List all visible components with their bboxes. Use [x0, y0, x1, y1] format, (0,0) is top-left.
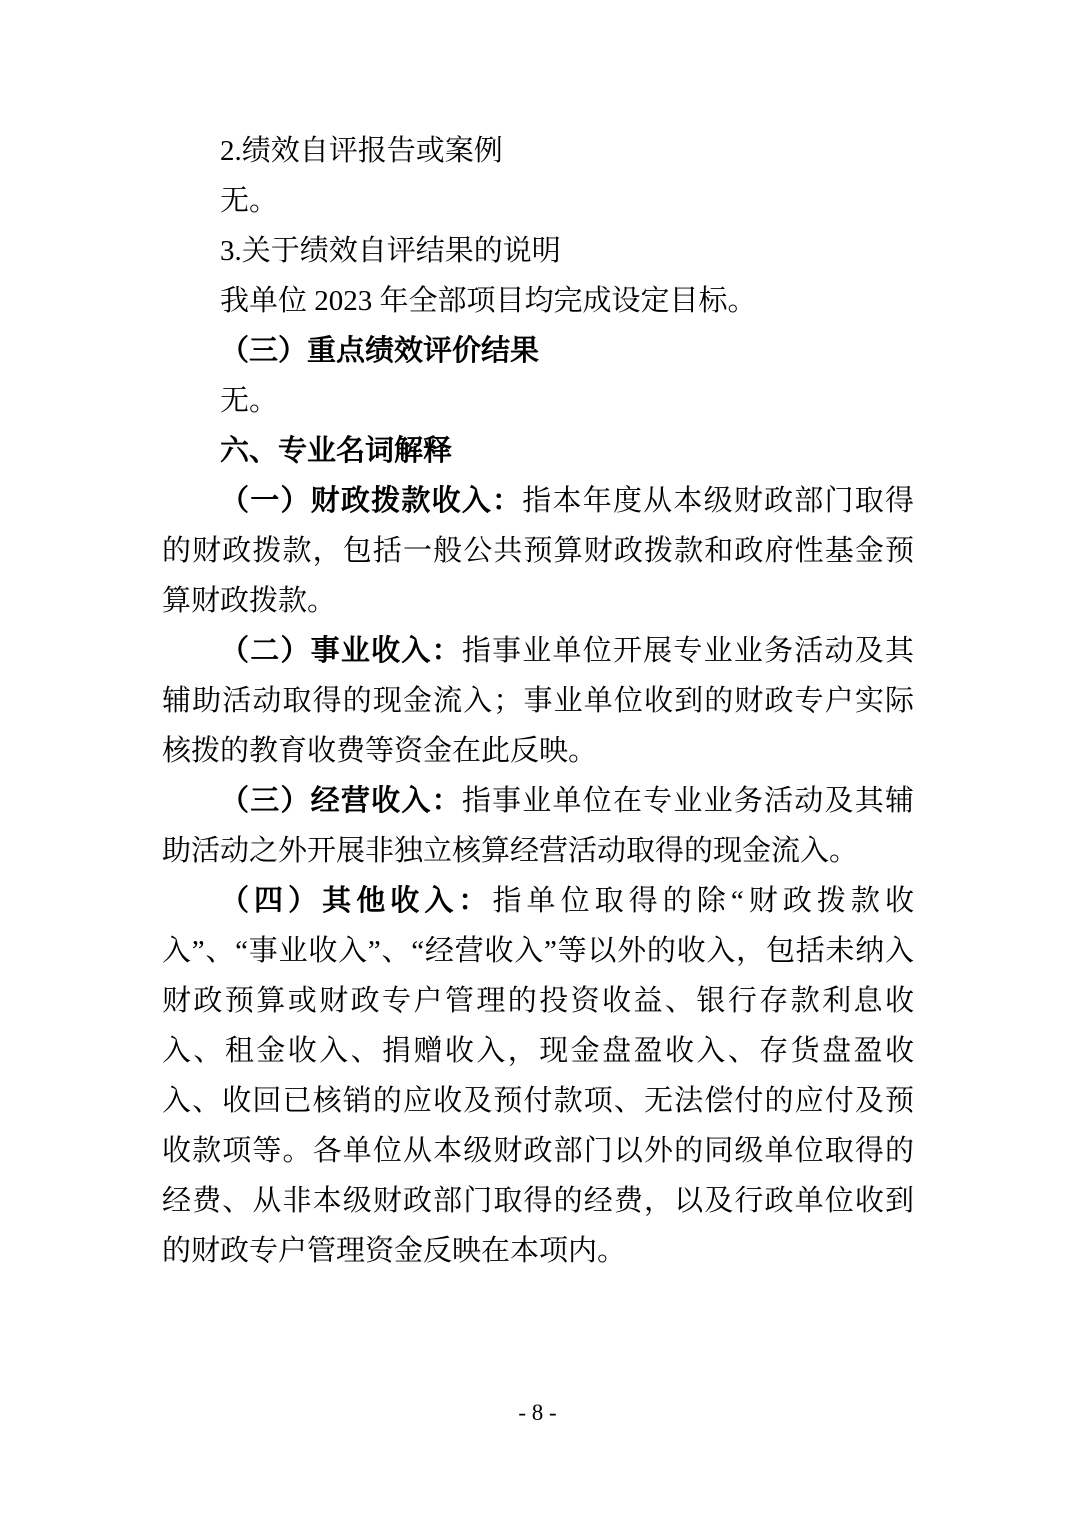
item2-heading: 2.绩效自评报告或案例 — [162, 126, 914, 176]
term-label: （二）事业收入： — [220, 635, 462, 667]
term-label: （三）经营收入： — [220, 785, 462, 817]
page-footer: - 8 - — [0, 1398, 1075, 1428]
subsection-content-key-performance-evaluation: 无。 — [162, 376, 914, 426]
item2-content: 无。 — [162, 176, 914, 226]
term-definition-other-income: （四）其他收入：指单位取得的除“财政拨款收入”、“事业收入”、“经营收入”等以外… — [162, 876, 914, 1276]
term-text: 指单位取得的除“财政拨款收入”、“事业收入”、“经营收入”等以外的收入，包括未纳… — [162, 885, 914, 1267]
section-heading-terms-glossary: 六、专业名词解释 — [162, 426, 914, 476]
term-definition-fiscal-appropriation-income: （一）财政拨款收入：指本年度从本级财政部门取得的财政拨款，包括一般公共预算财政拨… — [162, 476, 914, 626]
term-label: （四）其他收入： — [220, 885, 492, 917]
item3-heading: 3.关于绩效自评结果的说明 — [162, 226, 914, 276]
page-number: - 8 - — [518, 1400, 556, 1425]
item3-content: 我单位 2023 年全部项目均完成设定目标。 — [162, 276, 914, 326]
subsection-heading-key-performance-evaluation: （三）重点绩效评价结果 — [162, 326, 914, 376]
term-label: （一）财政拨款收入： — [220, 485, 522, 517]
term-definition-operating-income: （三）经营收入：指事业单位在专业业务活动及其辅助活动之外开展非独立核算经营活动取… — [162, 776, 914, 876]
term-definition-business-income: （二）事业收入：指事业单位开展专业业务活动及其辅助活动取得的现金流入；事业单位收… — [162, 626, 914, 776]
document-body: 2.绩效自评报告或案例 无。 3.关于绩效自评结果的说明 我单位 2023 年全… — [162, 126, 914, 1276]
